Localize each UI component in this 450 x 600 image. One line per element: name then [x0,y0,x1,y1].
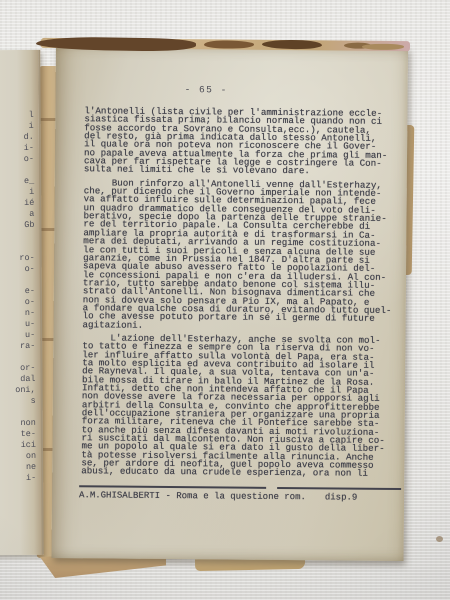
footer-rule [79,485,405,490]
book-photo: l i d. i- o- e_ i ié a Gb ro- o- e- o- n… [0,0,450,600]
page-number: - 65 - [185,84,228,95]
left-page-edge: l i d. i- o- e_ i ié a Gb ro- o- e- o- n… [0,50,44,555]
torn-edge [204,40,254,48]
footer: A.M.GHISALBERTI - Roma e la questione ro… [79,490,357,502]
footer-reference: A.M.GHISALBERTI - Roma e la questione ro… [79,490,306,502]
paragraph: L'azione dell'Esterhazy, anche se svolta… [81,334,398,479]
left-page-text-fragments: l i d. i- o- e_ i ié a Gb ro- o- e- o- n… [13,110,36,484]
paragraph: l'Antonelli (lista civile per l'amminist… [84,107,401,177]
fabric-speck [436,536,443,542]
footer-issue: disp.9 [325,492,357,502]
paragraph: Buon rinforzo all'Antonelli venne dall'E… [83,179,400,332]
torn-edge [36,36,196,52]
torn-edge [362,44,404,50]
page-body: l'Antonelli (lista civile per l'amminist… [81,107,400,479]
book-page: - 65 - l'Antonelli (lista civile per l'a… [52,44,408,561]
